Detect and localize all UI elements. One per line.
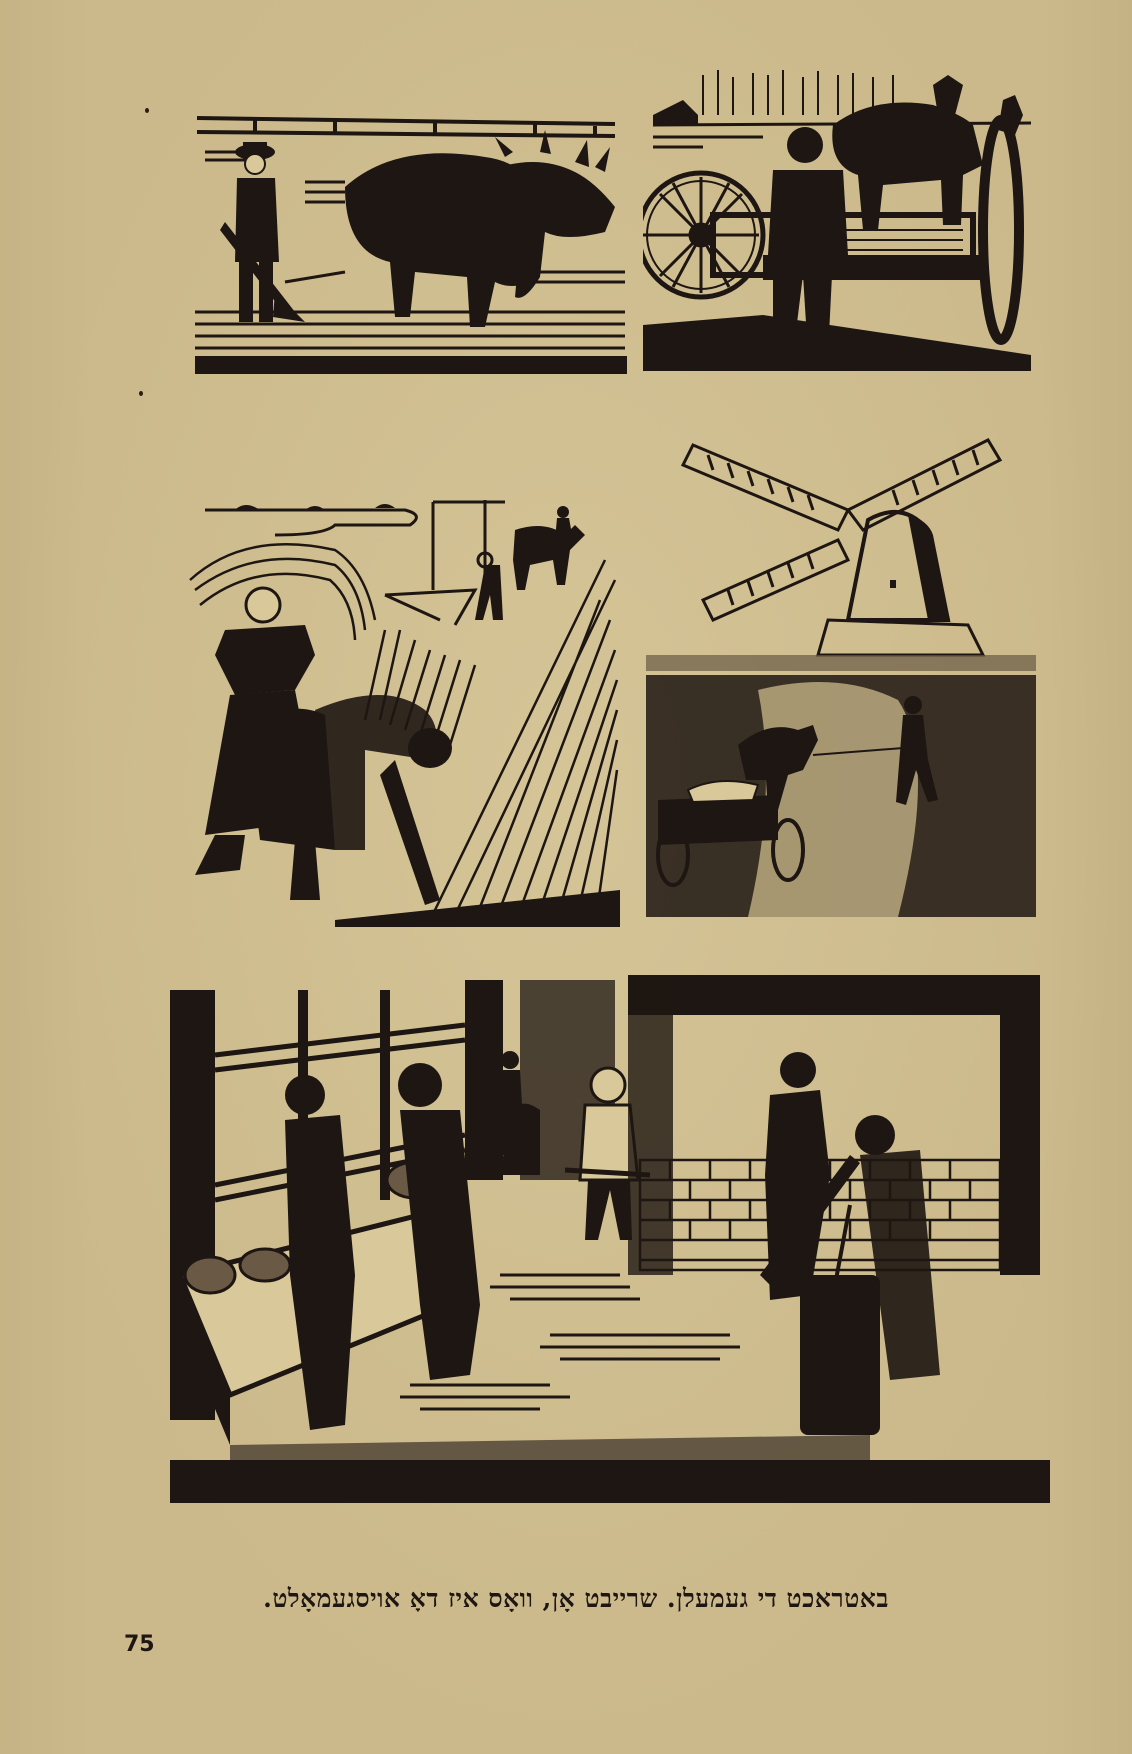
bakery-scene-icon — [170, 975, 1050, 1503]
illustration-windmill — [638, 430, 1036, 917]
windmill-scene-icon — [638, 430, 1036, 917]
illustration-bakery — [170, 975, 1050, 1503]
page-number: 75 — [124, 1632, 155, 1657]
harvest-scene-icon — [185, 490, 620, 927]
plowing-scene-icon — [195, 112, 627, 374]
paper-speck — [139, 391, 143, 396]
paper-speck — [145, 108, 149, 113]
illustration-cart — [643, 55, 1031, 371]
illustration-plowing — [195, 112, 627, 374]
cart-scene-icon — [643, 55, 1031, 371]
illustration-harvest — [185, 490, 620, 927]
illustration-caption: באטראכט די געמעלן. שרייבט אָן, וואָס איז… — [215, 1584, 937, 1614]
